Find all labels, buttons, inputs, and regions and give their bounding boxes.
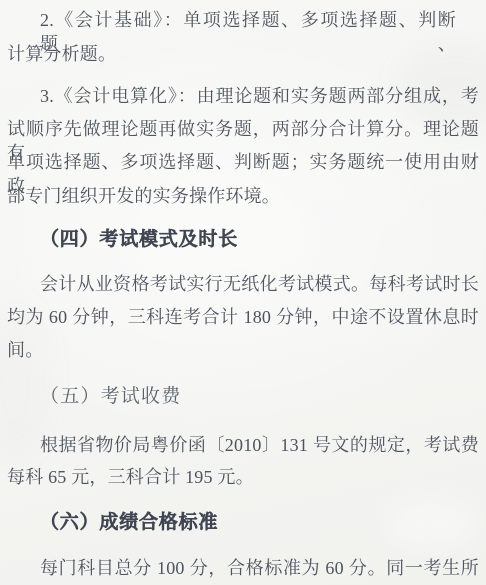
text-line: 会计从业资格考试实行无纸化考试模式。每科考试时长	[40, 272, 479, 296]
section-heading: （六）成绩合格标准	[40, 511, 479, 535]
text-line: 计算分析题。	[7, 42, 479, 66]
section-heading: （五）考试收费	[40, 385, 479, 409]
section-heading: （四）考试模式及时长	[40, 228, 479, 252]
text-line: 单项选择题、多项选择题、判断题；实务题统一使用由财政	[7, 150, 479, 174]
text-line: 试顺序先做理论题再做实务题，两部分合计算分。理论题有	[7, 117, 479, 141]
text-line: 根据省物价局粤价函〔2010〕131 号文的规定，考试费	[40, 433, 479, 457]
text-line: 3.《会计电算化》：由理论题和实务题两部分组成，考	[40, 84, 479, 108]
text-line: 间。	[7, 338, 479, 362]
text-line: 每门科目总分 100 分，合格标准为 60 分。同一考生所	[40, 556, 479, 580]
text-line: 均为 60 分钟，三科连考合计 180 分钟，中途不设置休息时	[7, 305, 479, 329]
document-page: 2.《会计基础》：单项选择题、多项选择题、判断题、计算分析题。3.《会计电算化》…	[0, 0, 486, 585]
text-line: 2.《会计基础》：单项选择题、多项选择题、判断题、	[40, 8, 456, 32]
text-line: 每科 65 元，三科合计 195 元。	[7, 465, 479, 489]
text-line: 部专门组织开发的实务操作环境。	[7, 184, 479, 208]
